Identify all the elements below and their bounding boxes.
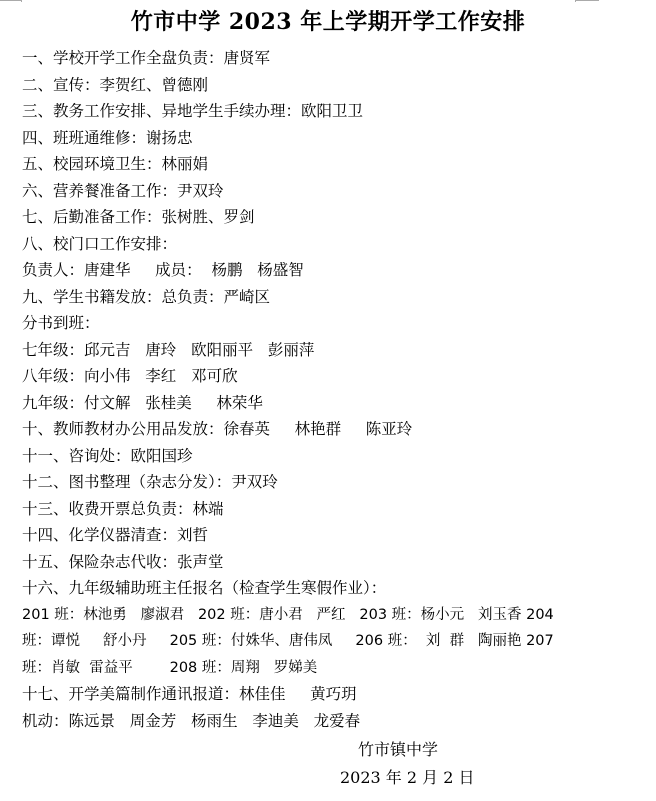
flexible-staff: 机动：陈远景 周金芳 杨雨生 李迪美 龙爱春 [22, 708, 642, 735]
item-9-grade-9: 九年级：付文解 张桂美 林荣华 [22, 390, 642, 417]
item-2-publicity: 二、宣传：李贺红、曾德刚 [22, 72, 642, 99]
item-17-news-report: 十七、开学美篇制作通讯报道：林佳佳 黄巧玥 [22, 681, 642, 708]
signature-date: 2023 年 2 月 2 日 [340, 765, 475, 788]
item-5-campus-hygiene: 五、校园环境卫生：林丽娟 [22, 151, 642, 178]
item-14-chemistry-equipment: 十四、化学仪器清查：刘哲 [22, 522, 642, 549]
item-16-classes-row-3: 班：肖敏 雷益平 208 班：周翔 罗娣美 [22, 655, 642, 682]
item-9-books-to-class: 分书到班： [22, 310, 642, 337]
item-9-book-distribution: 九、学生书籍发放：总负责：严崎区 [22, 284, 642, 311]
item-8-gate-staff: 负责人：唐建华 成员： 杨鹏 杨盛智 [22, 257, 642, 284]
item-4-equipment-repair: 四、班班通维修：谢扬忠 [22, 125, 642, 152]
item-15-insurance-magazines: 十五、保险杂志代收：张声堂 [22, 549, 642, 576]
item-6-nutrition-meals: 六、营养餐准备工作：尹双玲 [22, 178, 642, 205]
item-16-classes-row-2: 班：谭悦 舒小丹 205 班：付姝华、唐伟凤 206 班： 刘 群 陶丽艳 20… [22, 628, 642, 655]
item-3-academic-affairs: 三、教务工作安排、异地学生手续办理：欧阳卫卫 [22, 98, 642, 125]
item-9-grade-8: 八年级：向小伟 李红 邓可欣 [22, 363, 642, 390]
item-11-consultation: 十一、咨询处：欧阳国珍 [22, 443, 642, 470]
item-8-school-gate: 八、校门口工作安排： [22, 231, 642, 258]
item-16-classes-row-1: 201 班：林池勇 廖淑君 202 班：唐小君 严红 203 班：杨小元 刘玉香… [22, 602, 642, 629]
item-9-grade-7: 七年级：邱元吉 唐玲 欧阳丽平 彭丽萍 [22, 337, 642, 364]
document-body: 一、学校开学工作全盘负责：唐贤军 二、宣传：李贺红、曾德刚 三、教务工作安排、异… [22, 45, 642, 734]
document-title: 竹市中学 2023 年上学期开学工作安排 [0, 6, 656, 38]
item-16-assistant-teachers: 十六、九年级辅助班主任报名（检查学生寒假作业）： [22, 575, 642, 602]
page-crop-mark-left [0, 0, 22, 1]
item-7-logistics: 七、后勤准备工作：张树胜、罗剑 [22, 204, 642, 231]
page-crop-mark-right [575, 0, 599, 1]
item-10-teaching-materials: 十、教师教材办公用品发放：徐春英 林艳群 陈亚玲 [22, 416, 642, 443]
item-12-library: 十二、图书整理（杂志分发）：尹双玲 [22, 469, 642, 496]
signature-organization: 竹市镇中学 [358, 737, 438, 760]
item-13-fees: 十三、收费开票总负责：林端 [22, 496, 642, 523]
item-1-overall: 一、学校开学工作全盘负责：唐贤军 [22, 45, 642, 72]
